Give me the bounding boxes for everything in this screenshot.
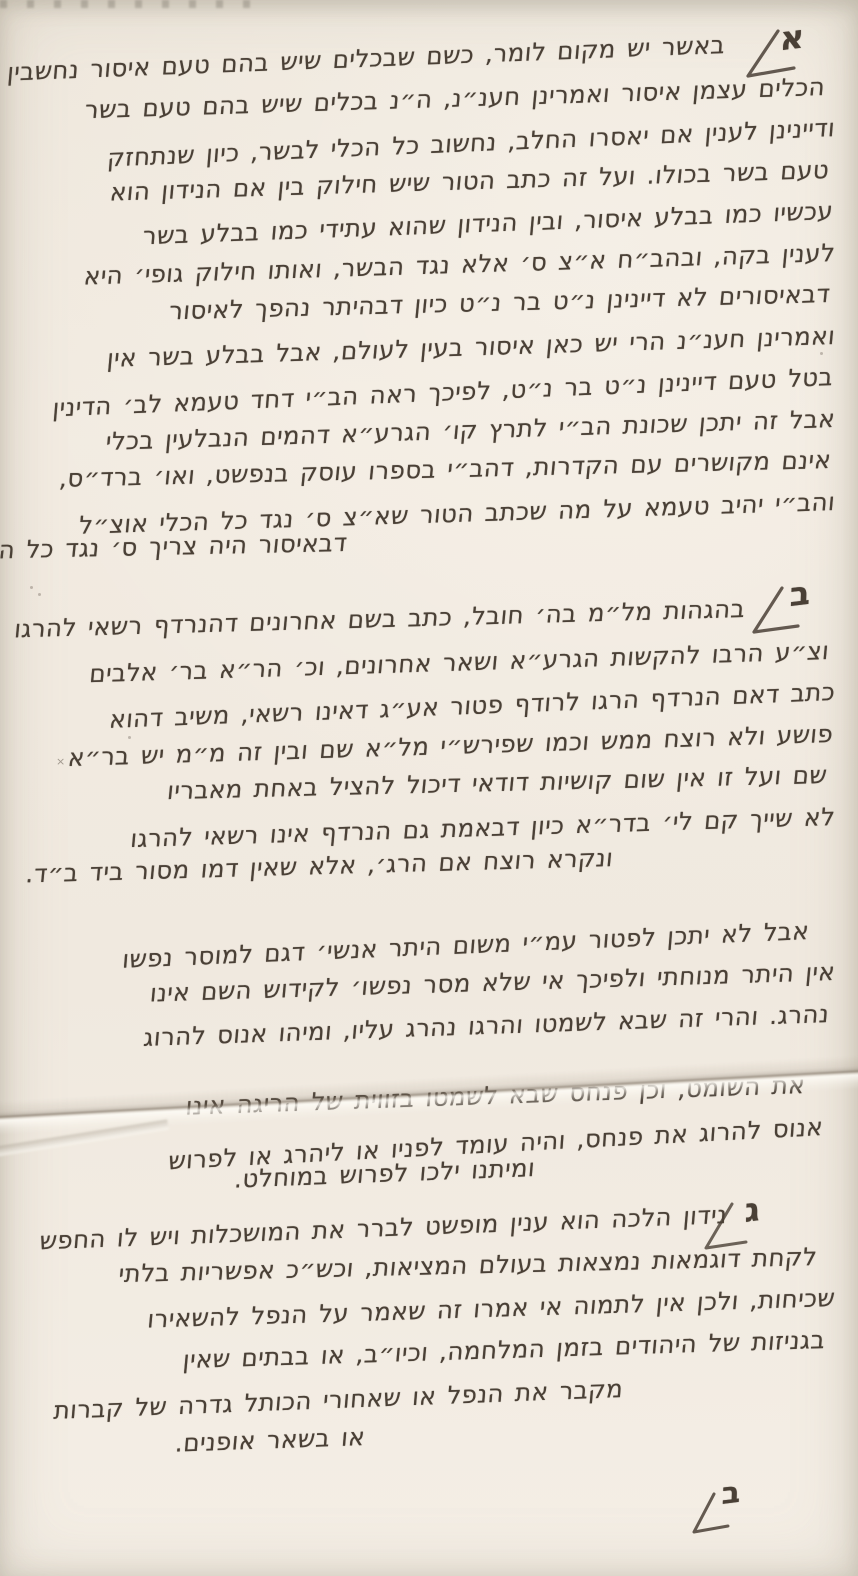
ink-speck (30, 586, 33, 589)
manuscript-line: דבאיסור היה צריך ס׳ נגד כל הכלי. (8, 524, 349, 573)
section-gimel: נידון הלכה הוא ענין מופשט לברר את המושכל… (10, 1196, 835, 1459)
scan-edge-artifacts (0, 0, 270, 8)
section-aleph: באשר יש מקום לומר, כשם שבכלים שיש בהם טע… (10, 26, 835, 566)
closing-mark: ב (684, 1478, 744, 1540)
manuscript-page: × א באשר יש מקום לומר, כשם שבכלים שיש בה… (0, 0, 858, 1576)
marker-flourish-icon (684, 1486, 736, 1542)
section-bet: בהגהות מל״מ בה׳ חובל, כתב בשם אחרונים דה… (10, 590, 835, 1191)
